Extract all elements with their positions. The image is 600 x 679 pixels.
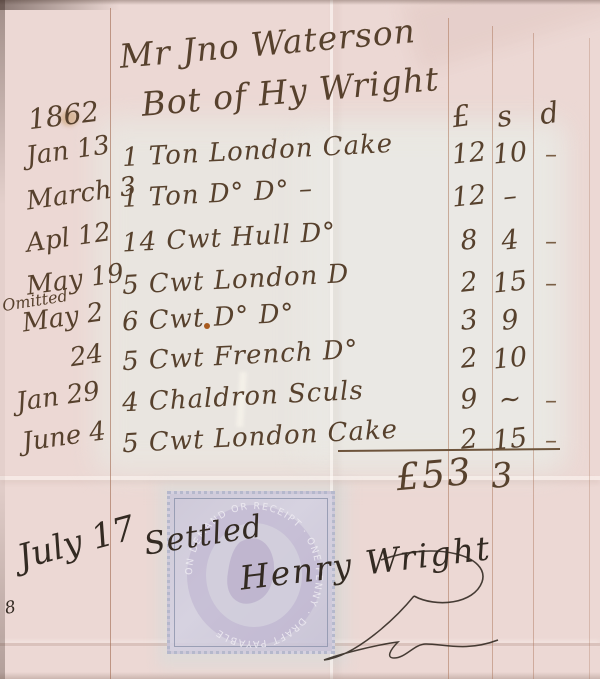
- revenue-stamp: ON DEMAND OR RECEIPT · ONE PENNY · DRAFT…: [167, 491, 335, 654]
- entry-pounds: 8: [447, 225, 492, 256]
- entry-description: 5 Cwt London D: [121, 261, 350, 299]
- ledger-row: March 3 1 Ton D° D° – 12 –: [0, 181, 600, 225]
- stray-mark: 8: [4, 599, 18, 618]
- ledger-row: Jan 29 4 Chaldron Sculs 9 ~ –: [0, 384, 600, 428]
- ledger-row: June 4 5 Cwt London Cake 2 15 –: [0, 424, 600, 468]
- pence-column-header: d: [538, 98, 560, 129]
- entry-pounds: 3: [447, 305, 492, 336]
- entry-pounds: 2: [447, 267, 492, 298]
- entry-shillings: –: [489, 181, 532, 212]
- entry-date: 24: [68, 341, 104, 371]
- ledger-row: 24 5 Cwt French D° 2 10: [0, 343, 600, 387]
- entry-pounds: 9: [447, 384, 492, 415]
- horizontal-crease-upper: [0, 476, 600, 480]
- entry-description: 4 Chaldron Sculs: [121, 378, 364, 417]
- top-right-fold: [399, 0, 600, 72]
- paper-edge-top-left: [0, 0, 120, 10]
- shillings-column-header: s: [495, 101, 514, 132]
- bought-of-line: Bot of Hy Wright: [140, 62, 441, 121]
- entry-date: Apl 12: [25, 219, 113, 257]
- addressee-name: Mr Jno Waterson: [118, 14, 417, 73]
- entry-pounds: 2: [447, 343, 492, 374]
- paper-edge-bottom: [0, 672, 600, 679]
- entry-shillings: 10: [489, 343, 532, 374]
- settled-date: July 17: [14, 511, 138, 575]
- pounds-column-header: £: [450, 101, 472, 132]
- ledger-row: Jan 13 1 Ton London Cake 12 10 –: [0, 138, 600, 182]
- entry-date: June 4: [21, 418, 108, 455]
- ledger-year: 1862: [27, 98, 101, 134]
- entry-shillings: 10: [489, 138, 532, 169]
- paper-edge-top: [0, 0, 600, 5]
- entry-description: 14 Cwt Hull D°: [121, 219, 336, 256]
- entry-date: Jan 13: [25, 132, 112, 169]
- entry-pence: –: [530, 142, 572, 166]
- entry-date: May 2: [21, 299, 105, 336]
- entry-shillings: ~: [489, 384, 532, 415]
- entry-pounds: 12: [447, 138, 492, 169]
- entry-pence: –: [530, 271, 572, 295]
- stamp-artwork: ON DEMAND OR RECEIPT · ONE PENNY · DRAFT…: [170, 494, 338, 657]
- entry-description: 1 Ton London Cake: [122, 131, 394, 171]
- entry-pence: –: [530, 388, 572, 412]
- ledger-row: Apl 12 14 Cwt Hull D° 8 4 –: [0, 225, 600, 269]
- entry-date: May 19: [25, 260, 126, 299]
- receipt-photo: Mr Jno Waterson 1862 Bot of Hy Wright £ …: [0, 0, 600, 679]
- entry-description: 1 Ton D° D° –: [121, 176, 313, 212]
- entry-pence: –: [530, 229, 572, 253]
- entry-pounds: 12: [447, 181, 492, 212]
- entry-shillings: 4: [489, 225, 532, 256]
- paper-stain: [60, 110, 78, 126]
- entry-date: Jan 29: [15, 378, 102, 415]
- entry-shillings: 9: [489, 305, 532, 336]
- entry-shillings: 15: [489, 267, 532, 298]
- entry-description: 6 Cwt D° D°: [121, 301, 295, 336]
- entry-description: 5 Cwt French D°: [121, 337, 359, 375]
